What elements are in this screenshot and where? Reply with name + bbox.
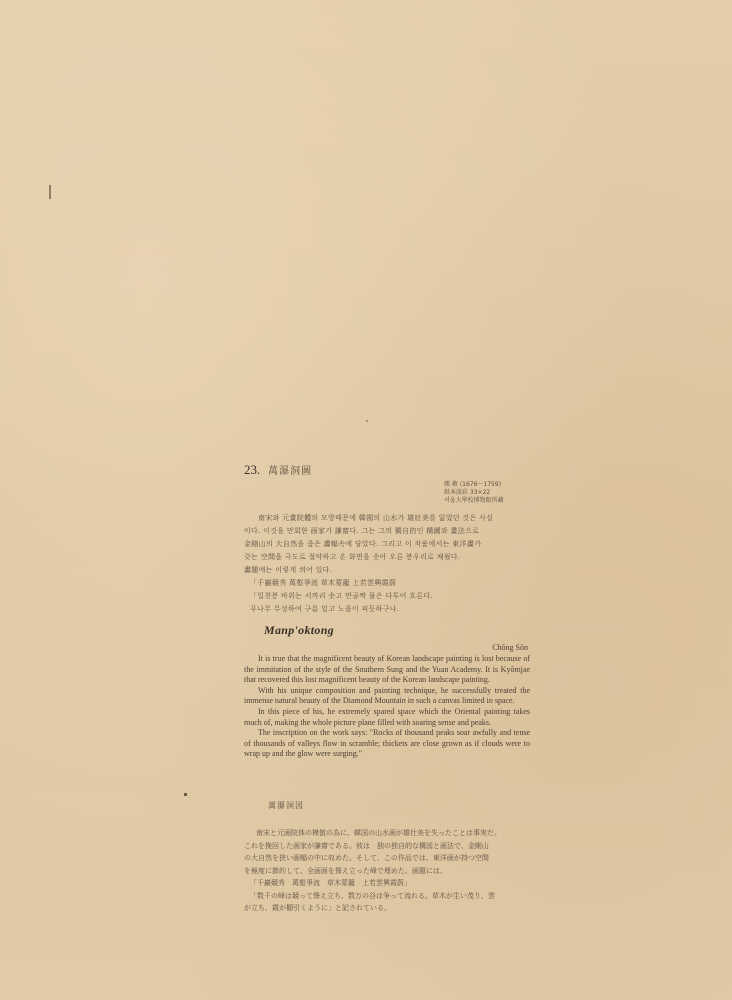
- english-description: It is true that the magnificent beauty o…: [244, 654, 530, 760]
- caption-medium: 紙本淡彩 33×22: [444, 489, 544, 497]
- korean-line: 南宋와 元畫院體의 모방때문에 韓國의 山水가 雄壯美를 잃었던 것은 사실: [244, 512, 536, 525]
- korean-description: 南宋와 元畫院體의 모방때문에 韓國의 山水가 雄壯美를 잃었던 것은 사실 이…: [244, 512, 536, 616]
- japanese-line: これを挽回した画家が謙齋である。彼は 独の独自的な構図と画法で、金剛山: [244, 840, 536, 853]
- korean-inscription-translation: 푸나무 무성하여 구름 일고 노을이 피듯하구나.: [244, 603, 536, 616]
- english-title: Manp'oktong: [264, 623, 334, 638]
- korean-line: 갖는 空間을 극도로 절약하고 온 화면을 솟아 오른 봉우리로 채웠다.: [244, 551, 536, 564]
- plate-header: 23. 萬瀑洞圖: [244, 462, 312, 478]
- japanese-description: 南宋と元画院体の模倣の為に、韓国の山水画が雄壮美を失ったことは事実だ。 これを挽…: [244, 827, 536, 915]
- japanese-title: 萬瀑洞図: [268, 800, 304, 811]
- korean-line: 이다. 이것을 만회한 画家가 謙齋다. 그는 그의 獨自的인 構圖와 畫法으로: [244, 525, 536, 538]
- plate-title: 萬瀑洞圖: [268, 466, 312, 477]
- plate-number: 23.: [244, 462, 260, 477]
- scan-dot: [366, 420, 368, 422]
- english-paragraph: It is true that the magnificent beauty o…: [244, 654, 530, 686]
- korean-inscription-translation: 「일천봉 바위는 서까리 솟고 만골짝 물은 다투어 흐른다.: [244, 590, 536, 603]
- artwork-caption: 鄭 敾 (1676～1759) 紙本淡彩 33×22 서울大學校博物館所藏: [444, 481, 544, 505]
- scan-mark: [49, 185, 51, 199]
- japanese-inscription-translation: 「数千の峰は競って聳え立ち、数万の谷は争って流れる。草木が生い茂り、雲: [244, 890, 536, 903]
- korean-line: 金剛山의 大自然을 좁은 畵幅속에 담았다. 그리고 이 작품에서는 東洋畵가: [244, 538, 536, 551]
- scan-dot: [184, 793, 187, 796]
- korean-line: 畵題에는 이렇게 씌어 있다.: [244, 564, 536, 577]
- japanese-inscription-translation: が立ち、霞が棚引くように」と記されている。: [244, 902, 536, 915]
- caption-collection: 서울大學校博物館所藏: [444, 497, 544, 505]
- english-paragraph: In this piece of his, he extremely spare…: [244, 707, 530, 728]
- japanese-line: 南宋と元画院体の模倣の為に、韓国の山水画が雄壮美を失ったことは事実だ。: [244, 827, 536, 840]
- korean-inscription-hanja: 「千巖競秀 萬壑爭流 草木蒙籠 上若雲興霞蔚: [244, 577, 536, 590]
- english-author: Chŏng Sŏn: [492, 643, 528, 652]
- caption-artist: 鄭 敾 (1676～1759): [444, 481, 544, 489]
- japanese-line: を極度に節約して、全画面を聳え立った峰で埋めた。画題には、: [244, 865, 536, 878]
- japanese-inscription-hanja: 「千巖競秀 萬壑爭流 草木蒙籠 上若雲興霞蔚」: [244, 877, 536, 890]
- english-paragraph: The inscription on the work says: "Rocks…: [244, 728, 530, 760]
- japanese-line: の大自然を狭い画幅の中に収めた。そして、この作品では、東洋画が持つ空間: [244, 852, 536, 865]
- english-paragraph: With his unique composition and painting…: [244, 686, 530, 707]
